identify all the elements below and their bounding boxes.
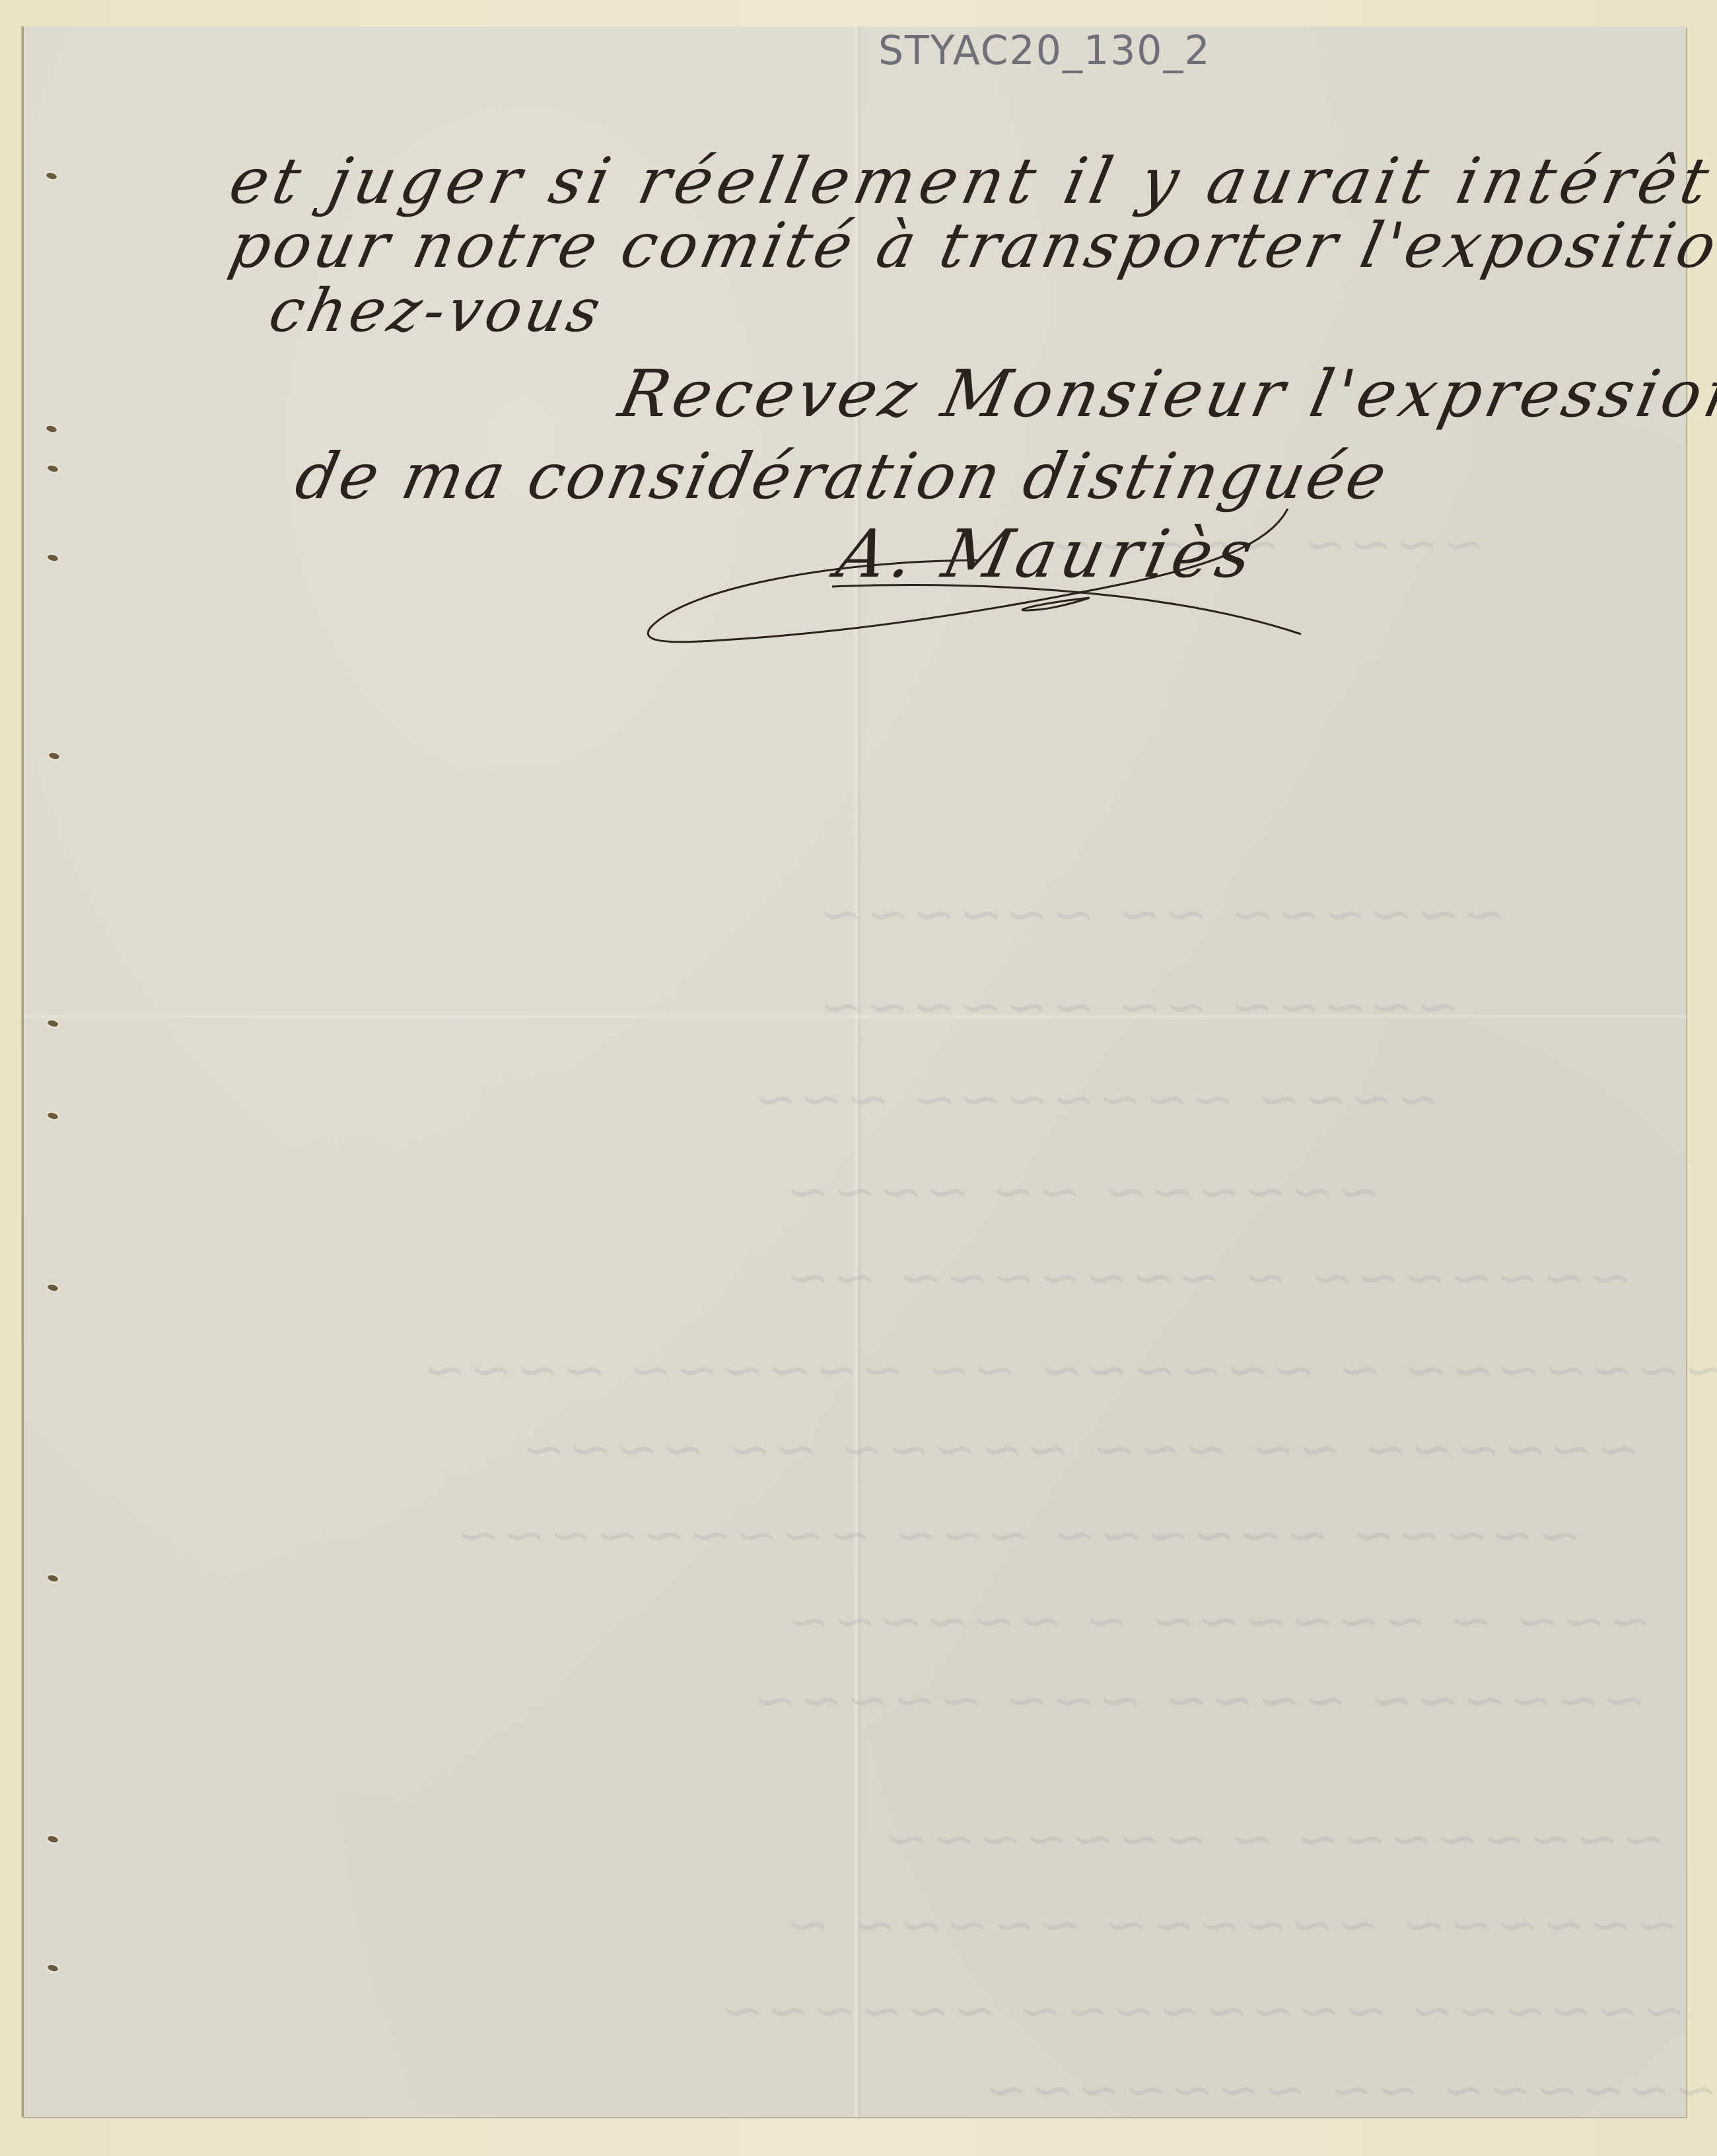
binding-hole — [47, 1019, 59, 1028]
archive-reference-label: STYAC20_130_2 — [878, 28, 1211, 74]
show-through-text: ~~~~~ ~~~~~~ ~~~ ~~~~~~~~~ — [453, 1506, 1581, 1565]
binding-hole — [46, 425, 57, 433]
binding-hole — [47, 1112, 59, 1120]
show-through-text: ~~~~~~ ~~ ~~~ ~~~~~ ~~ ~~~~ — [519, 1420, 1640, 1480]
show-through-text: ~~~~~~~~ ~ ~~~~~~~ — [882, 1810, 1665, 1869]
binding-hole — [47, 464, 59, 473]
closing-line-1: Recevez Monsieur l'expression — [613, 357, 1717, 432]
binding-hole — [47, 1574, 59, 1583]
show-through-text: ~~~~~~ ~~ ~~~~~~ — [816, 885, 1506, 945]
show-through-text: ~~~~~~~ ~~ ~~~~~~~ — [981, 2061, 1717, 2120]
binding-hole — [47, 1835, 59, 1844]
show-through-text: ~~~~~~~ ~ ~~~~~~~ ~~ — [783, 1248, 1632, 1308]
show-through-text: ~~~~~~ ~~~~~~ ~~~~~ ~ — [783, 1896, 1679, 1955]
binding-hole — [48, 752, 60, 760]
binding-hole — [47, 1964, 59, 1972]
letter-line-1: et juger si réellement il y aurait intér… — [223, 144, 1717, 218]
binding-hole — [47, 554, 59, 562]
show-through-text: ~~~~~~ ~~ ~~~~ — [783, 1163, 1380, 1222]
show-through-text: ~~~~~ ~~ ~~~~~~ — [816, 978, 1459, 1037]
show-through-text: ~~~ ~ ~~~~~~ ~ ~~~~~~ — [783, 1592, 1652, 1651]
binding-hole — [46, 172, 57, 180]
show-through-text: ~~~~ ~~~~~~~ ~~~ — [750, 1070, 1440, 1130]
signature-flourish — [634, 509, 1400, 661]
letter-line-3: chez-vous — [263, 276, 610, 345]
show-through-text: ~~~~~~~ ~ ~~~~~~ ~~ ~~~~~~ ~~~~ — [420, 1341, 1717, 1400]
show-through-text: ~~~~~~ ~~~~ ~~~ ~~~~~ — [750, 1671, 1646, 1731]
show-through-text: ~~~~~~ ~~~~~~~~ ~~~~~~ — [717, 1982, 1686, 2041]
closing-line-2: de ma considération distinguée — [289, 439, 1395, 513]
letter-line-2: pour notre comité à transporter l'exposi… — [223, 210, 1717, 282]
binding-hole — [47, 1283, 59, 1292]
